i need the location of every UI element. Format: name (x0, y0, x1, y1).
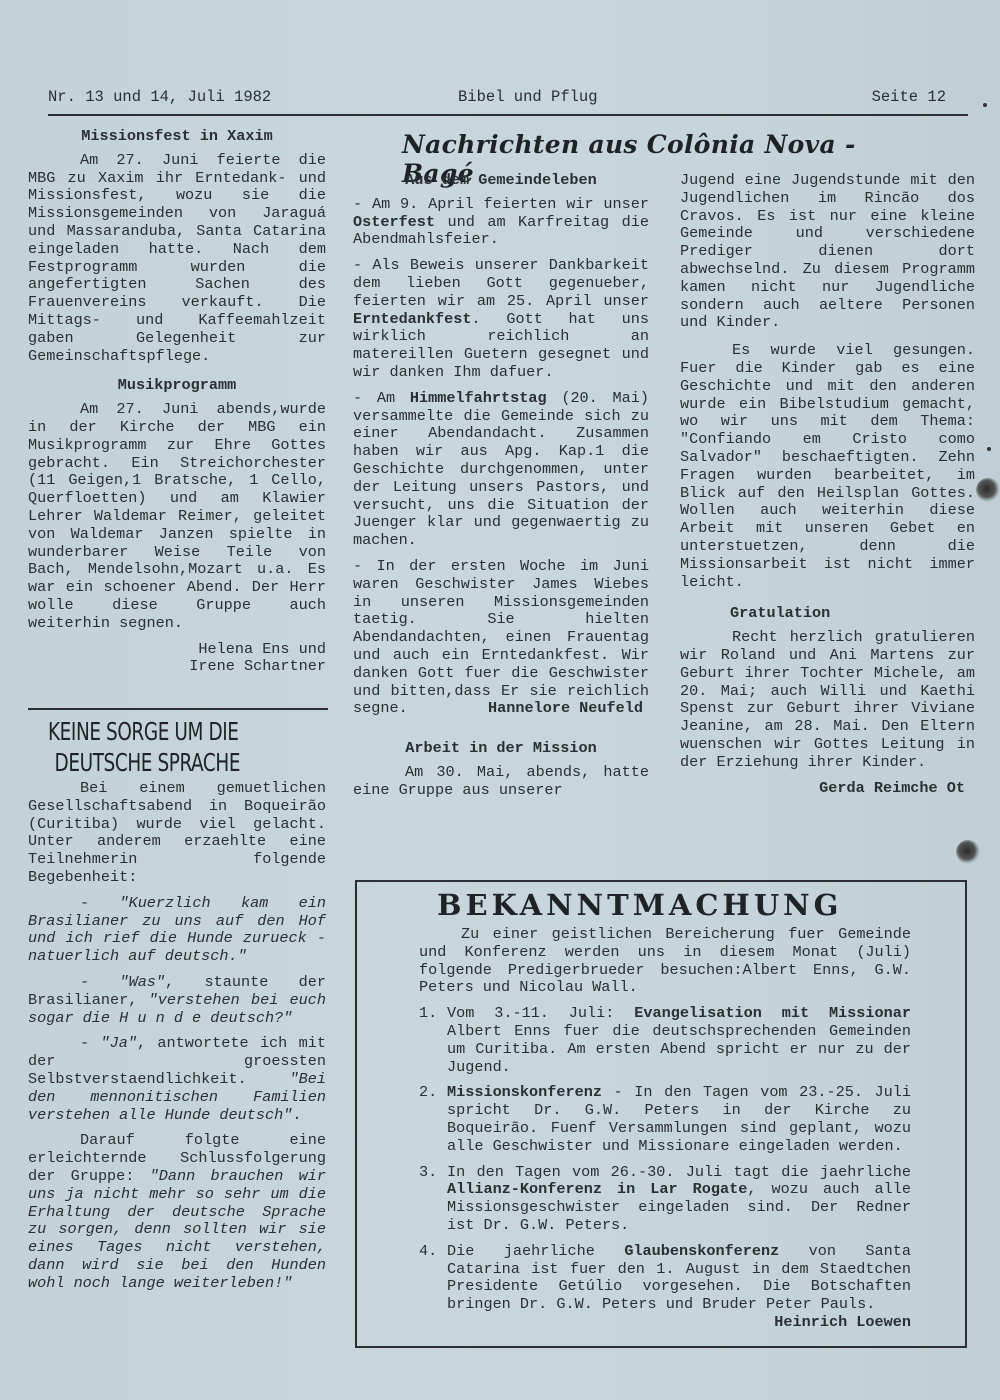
title-line: KEINE SORGE UM DIE (48, 716, 327, 747)
text: (20. Mai) versammelte die Gemeinde sich … (353, 389, 649, 549)
announcement-item: 3.In den Tagen vom 26.-30. Juli tagt die… (419, 1164, 911, 1235)
gratulation-body: Recht herzlich gratulieren wir Roland un… (680, 629, 975, 771)
bold-text: Erntedankfest (353, 310, 471, 328)
anecdote-paragraph: - "Kuerzlich kam ein Brasilianer zu uns … (28, 895, 326, 966)
bold-text: Missionskonferenz (447, 1083, 602, 1101)
announcement-item: 4.Die jaehrliche Glaubenskonferenz von S… (419, 1243, 911, 1314)
punch-hole (976, 478, 1000, 502)
announcement-intro: Zu einer geistlichen Bereicherung fuer G… (419, 926, 911, 997)
announcement-title: BEKANNTMACHUNG (437, 888, 842, 922)
speck (987, 447, 991, 451)
article-title-musikprogramm: Musikprogramm (28, 377, 326, 395)
speck (983, 103, 987, 107)
column-left: Missionsfest in Xaxim Am 27. Juni feiert… (28, 128, 326, 676)
news-item: - Am Himmelfahrtstag (20. Mai) versammel… (353, 390, 649, 550)
issue-number: Nr. 13 und 14, Juli 1982 (48, 88, 271, 106)
column-left-lower: KEINE SORGE UM DIE DEUTSCHE SPRACHE Bei … (28, 716, 326, 1301)
bold-text: Allianz-Konferenz in Lar Rogate (447, 1180, 747, 1198)
page-header: Nr. 13 und 14, Juli 1982 Bibel und Pflug… (48, 86, 968, 116)
section-divider (28, 708, 328, 710)
quote: "Kuerzlich kam ein Brasilianer zu uns au… (28, 894, 326, 965)
article-title-missionsfest: Missionsfest in Xaxim (28, 128, 326, 146)
text: - Am 9. April feierten wir unser (353, 195, 649, 213)
bold-text: Osterfest (353, 213, 435, 231)
text: - In der ersten Woche im Juni waren Gesc… (353, 557, 649, 717)
text: In den Tagen vom 26.-30. Juli tagt die j… (447, 1163, 911, 1181)
mission-body-cont: Es wurde viel gesungen. Fuer die Kinder … (680, 342, 975, 591)
article-body-musikprogramm: Am 27. Juni abends,wurde in der Kirche d… (28, 401, 326, 632)
signature: Gerda Reimche Ot (680, 780, 965, 798)
column-middle: Aus dem Gemeindeleben - Am 9. April feie… (353, 172, 649, 807)
item-number: 2. (419, 1084, 437, 1102)
news-item: - Als Beweis unserer Dankbarkeit dem lie… (353, 257, 649, 382)
mission-body: Am 30. Mai, abends, hatte eine Gruppe au… (353, 764, 649, 800)
text: - Als Beweis unserer Dankbarkeit dem lie… (353, 256, 649, 310)
dash: - (80, 894, 119, 912)
newspaper-page: Nr. 13 und 14, Juli 1982 Bibel und Pflug… (0, 0, 1000, 1400)
text: , antwortete ich mit der groessten Selbs… (28, 1034, 326, 1088)
punch-hole (956, 840, 980, 864)
signature-line: Helena Ens und (28, 641, 326, 659)
signature: Heinrich Loewen (774, 1314, 911, 1332)
title-line: DEUTSCHE SPRACHE (48, 747, 327, 778)
quote: "Ja" (100, 1034, 136, 1052)
dash: - (80, 973, 119, 991)
news-item: - Am 9. April feierten wir unser Osterfe… (353, 196, 649, 249)
signature-line: Irene Schartner (28, 658, 326, 676)
quote: "Was" (119, 973, 165, 991)
article-body-missionsfest: Am 27. Juni feierte die MBG zu Xaxim ihr… (28, 152, 326, 366)
announcement-item: 1.Vom 3.-11. Juli: Evangelisation mit Mi… (419, 1005, 911, 1076)
mission-body-cont: Jugend eine Jugendstunde mit den Jugendl… (680, 172, 975, 332)
news-item: - In der ersten Woche im Juni waren Gesc… (353, 558, 649, 718)
article-intro: Bei einem gemuetlichen Gesellschaftsaben… (28, 780, 326, 887)
column-right: Jugend eine Jugendstunde mit den Jugendl… (680, 172, 975, 797)
anecdote-paragraph: - "Ja", antwortete ich mit der groessten… (28, 1035, 326, 1124)
subtitle-mission: Arbeit in der Mission (353, 740, 649, 758)
anecdote-paragraph: Darauf folgte eine erleichternde Schluss… (28, 1132, 326, 1292)
item-number: 3. (419, 1164, 437, 1182)
publication-name: Bibel und Pflug (458, 88, 598, 106)
announcement-box: BEKANNTMACHUNG Zu einer geistlichen Bere… (355, 880, 967, 1348)
item-number: 1. (419, 1005, 437, 1023)
bold-text: Himmelfahrtstag (410, 389, 547, 407)
announcement-list: 1.Vom 3.-11. Juli: Evangelisation mit Mi… (419, 1005, 911, 1314)
text: - Am (353, 389, 410, 407)
text: Vom 3.-11. Juli: (447, 1004, 634, 1022)
announcement-body: Zu einer geistlichen Bereicherung fuer G… (419, 926, 911, 1332)
anecdote-paragraph: - "Was", staunte der Brasilianer, "verst… (28, 974, 326, 1027)
announcement-item: 2.Missionskonferenz - In den Tagen vom 2… (419, 1084, 911, 1155)
text: . (292, 1106, 301, 1124)
item-number: 4. (419, 1243, 437, 1261)
subtitle-gratulation: Gratulation (680, 605, 975, 623)
text: Albert Enns fuer die deutschsprechenden … (447, 1022, 911, 1076)
dash: - (80, 1034, 100, 1052)
page-number: Seite 12 (872, 88, 946, 106)
text: Die jaehrliche (447, 1242, 624, 1260)
bold-text: Glaubenskonferenz (624, 1242, 779, 1260)
subtitle-gemeindeleben: Aus dem Gemeindeleben (353, 172, 649, 190)
bold-text: Evangelisation mit Missionar (634, 1004, 911, 1022)
article-title-deutsche-sprache: KEINE SORGE UM DIE DEUTSCHE SPRACHE (48, 716, 327, 778)
quote: "Dann brauchen wir uns ja nicht mehr so … (28, 1167, 326, 1292)
